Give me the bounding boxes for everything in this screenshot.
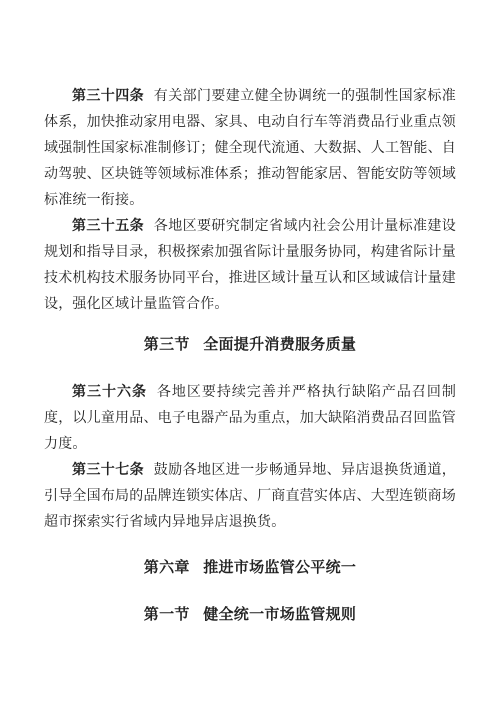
article-paragraph-37: 第三十七条鼓励各地区进一步畅通异地、异店退换货通道，引导全国布局的品牌连锁实体店… xyxy=(44,458,456,536)
chapter-number: 第六章 xyxy=(144,560,190,576)
article-label: 第三十四条 xyxy=(72,89,144,104)
section-title: 全面提升消费服务质量 xyxy=(203,337,356,353)
section-number: 第一节 xyxy=(144,607,190,623)
section-title: 健全统一市场监管规则 xyxy=(203,607,356,623)
article-paragraph-36: 第三十六条各地区要持续完善并严格执行缺陷产品召回制度，以儿童用品、电子电器产品为… xyxy=(44,380,456,458)
article-label: 第三十六条 xyxy=(72,385,147,400)
chapter-title: 推进市场监管公平统一 xyxy=(203,560,356,576)
article-text: 有关部门要建立健全协调统一的强制性国家标准体系，加快推动家用电器、家具、电动自行… xyxy=(44,89,456,208)
document-page: 第三十四条有关部门要建立健全协调统一的强制性国家标准体系，加快推动家用电器、家具… xyxy=(0,0,500,707)
article-label: 第三十五条 xyxy=(72,219,144,234)
article-paragraph-35: 第三十五条各地区要研究制定省域内社会公用计量标准建设规划和指导目录，积极探索加强… xyxy=(44,214,456,318)
section-heading-1: 第一节健全统一市场监管规则 xyxy=(44,602,456,628)
section-number: 第三节 xyxy=(144,337,190,353)
section-heading-3: 第三节全面提升消费服务质量 xyxy=(44,332,456,358)
article-label: 第三十七条 xyxy=(72,463,144,478)
article-paragraph-34: 第三十四条有关部门要建立健全协调统一的强制性国家标准体系，加快推动家用电器、家具… xyxy=(44,84,456,214)
chapter-heading-6: 第六章推进市场监管公平统一 xyxy=(44,555,456,581)
